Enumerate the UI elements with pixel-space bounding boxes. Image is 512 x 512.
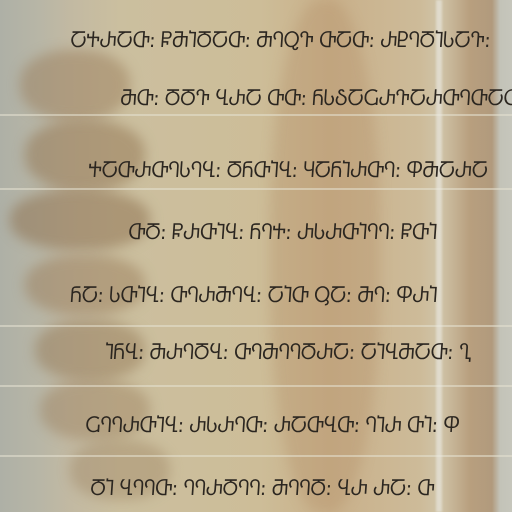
- water-stain: [20, 50, 130, 120]
- manuscript-line: ႧႣ: ႼႰႧႨႡ: ႬႤႵ: ႰႱႰႧႨႤႤ: ႼႧႨ: [127, 222, 437, 244]
- manuscript-line: ႠႵႰႠႧ: ႼႫႨႣႠႧ: ႫႤႭႥ ႧႠႧ: ႰႲႤႣႨႱႠႥ:: [69, 30, 491, 52]
- manuscript-line: ႫႧ: ႣႣႥ ႡႰႠ ႧႧ: ႬႱჂႠႺႰႥႠႰႧႤႧႠႧ: Ⴄ: [119, 88, 512, 110]
- manuscript-line: ႣႨ ႡႤႤႧ: ႤႤႰႣႤႤ: ႫႤႤႣ: ႡႰ ႰႠ: Ⴇ: [89, 478, 435, 500]
- manuscript-line: ႬႠ: ႱႧႨႡ: ႧႤႰႫႤႡ: ႠႨႧ ႳႠ: ႫႤ: ႴႰႨ: [69, 285, 437, 307]
- manuscript-line: ႨႬႡ: ႫႰႤႣႡ: ႧႤႫႤႤႣႰႠ: ႠႨႡႫႠႧ: Ⴂ: [104, 342, 472, 364]
- manuscript-page: ႠႵႰႠႧ: ႼႫႨႣႠႧ: ႫႤႭႥ ႧႠႧ: ႰႲႤႣႨႱႠႥ: ႫႧ: Ⴃ…: [0, 0, 512, 512]
- manuscript-line: ႺႤႤႰႧႨႡ: ႰႱႰႤႧ: ႰႠႧႡႧ: ႤႨႰ ႧႨ: Ⴔ: [84, 415, 460, 437]
- manuscript-line: ႵႠႧႰႧႤႱႤႡ: ႣႬႧႨႡ: ႷႠႬႨႰႧႤ: ႴႫႠႰႠ: [87, 160, 488, 182]
